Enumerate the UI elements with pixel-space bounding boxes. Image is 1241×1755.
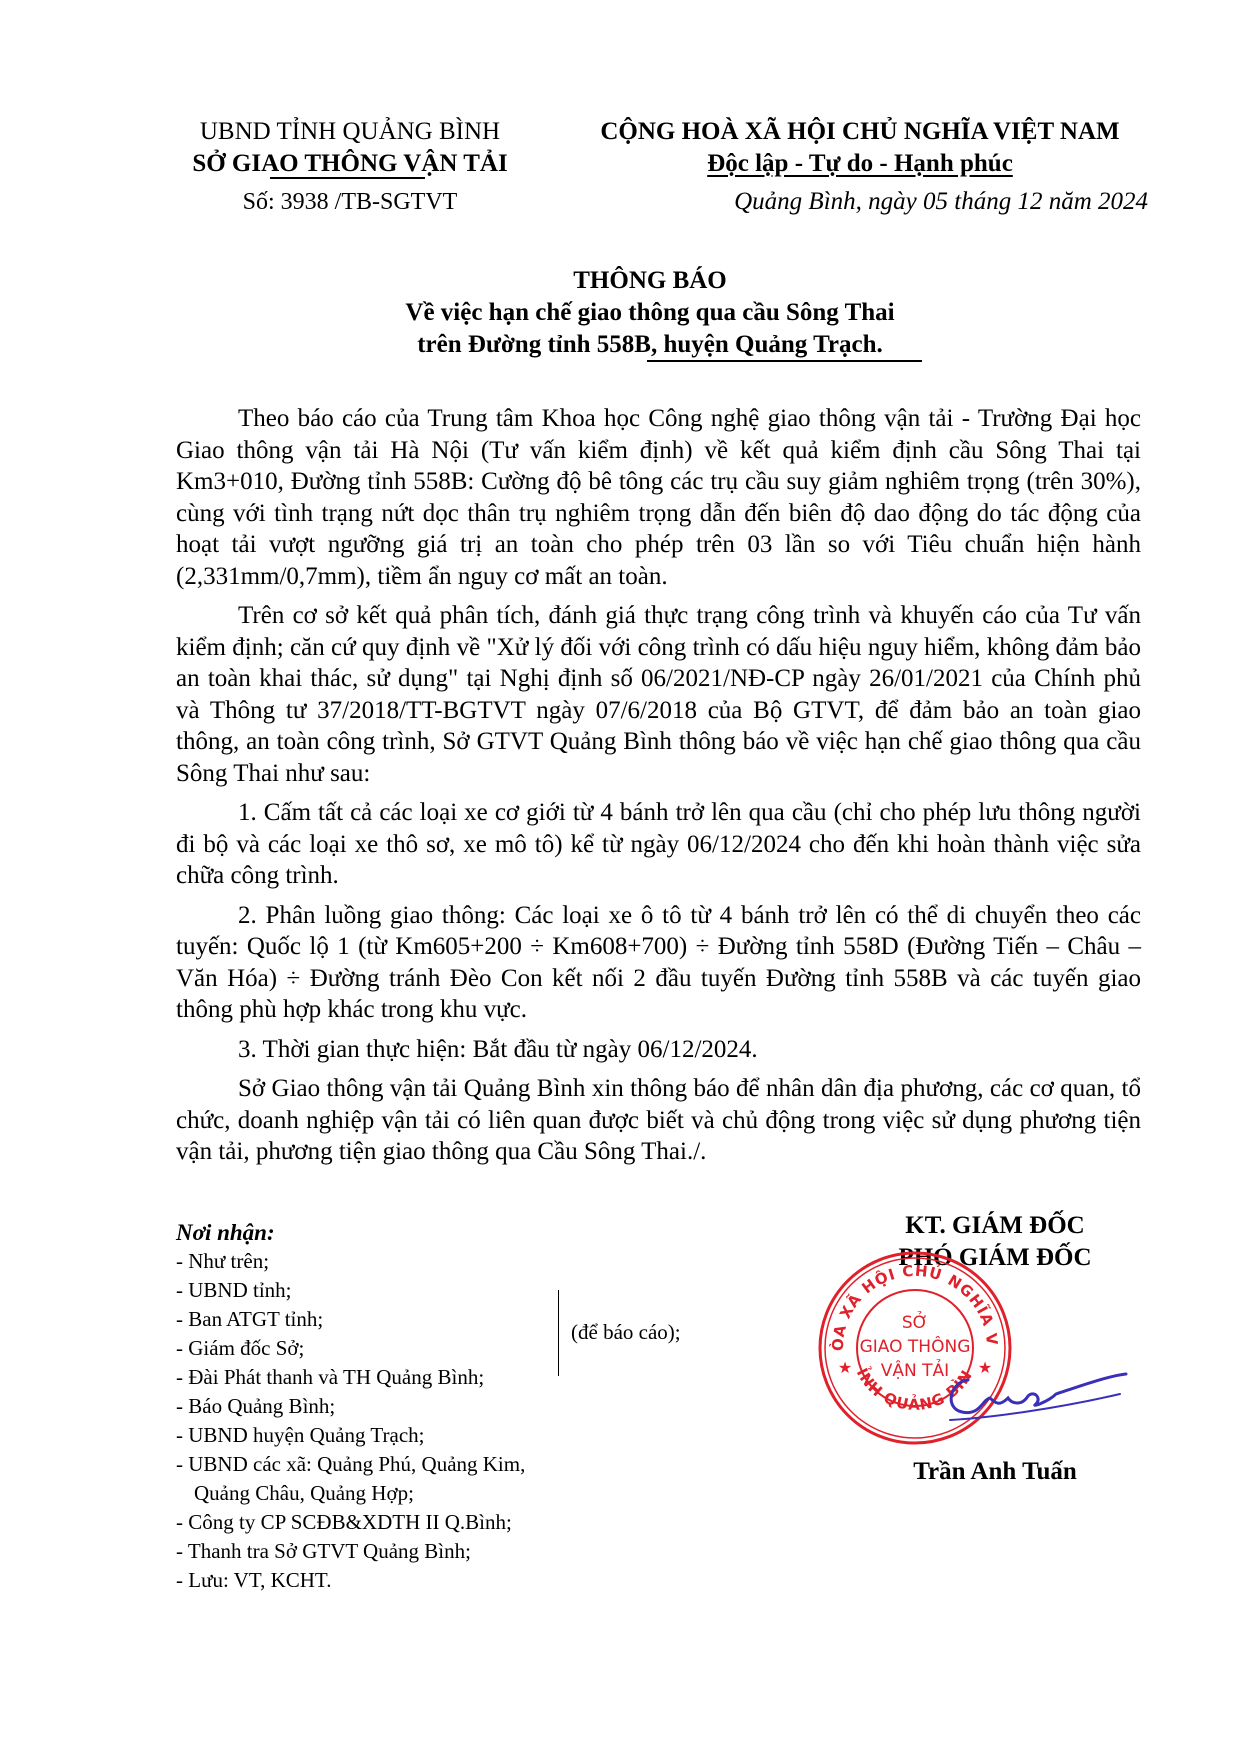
- recipient-item: - Báo Quảng Bình;: [176, 1392, 646, 1421]
- document-type: THÔNG BÁO: [150, 265, 1150, 297]
- grouping-bracket: [558, 1290, 559, 1376]
- nation-name: CỘNG HOÀ XÃ HỘI CHỦ NGHĨA VIỆT NAM: [570, 116, 1150, 148]
- national-header-block: CỘNG HOÀ XÃ HỘI CHỦ NGHĨA VIỆT NAM Độc l…: [570, 116, 1150, 218]
- agency-name-text: SỞ GIAO THÔNG VẬN TẢI: [192, 148, 507, 180]
- parent-agency: UBND TỈNH QUẢNG BÌNH: [150, 116, 550, 148]
- grouping-note: (để báo cáo);: [571, 1318, 681, 1347]
- recipient-item: - Như trên;: [176, 1247, 646, 1276]
- svg-text:★: ★: [838, 1360, 852, 1377]
- recipient-item: - Công ty CP SCĐB&XDTH II Q.Bình;: [176, 1508, 646, 1537]
- recipient-item: - Thanh tra Sở GTVT Quảng Bình;: [176, 1537, 646, 1566]
- national-motto: Độc lập - Tự do - Hạnh phúc: [570, 148, 1150, 180]
- recipient-item: Quảng Châu, Quảng Hợp;: [176, 1479, 646, 1508]
- subject-line-2: trên Đường tỉnh 558B, huyện Quảng Trạch.: [150, 329, 1150, 361]
- recipient-item: - Đài Phát thanh và TH Quảng Bình;: [176, 1363, 646, 1392]
- handwritten-signature-icon: [930, 1360, 1130, 1430]
- recipients-heading: Nơi nhận:: [176, 1218, 646, 1247]
- subject-underline: [647, 360, 922, 362]
- paragraph-findings: Theo báo cáo của Trung tâm Khoa học Công…: [176, 403, 1141, 592]
- document-title-block: THÔNG BÁO Về việc hạn chế giao thông qua…: [150, 265, 1150, 361]
- document-number: Số: 3938 /TB-SGTVT: [150, 186, 550, 218]
- paragraph-item-2: 2. Phân luồng giao thông: Các loại xe ô …: [176, 900, 1141, 1026]
- place-and-date: Quảng Bình, ngày 05 tháng 12 năm 2024: [570, 186, 1150, 218]
- subject-line-1: Về việc hạn chế giao thông qua cầu Sông …: [150, 297, 1150, 329]
- paragraph-item-1: 1. Cấm tất cả các loại xe cơ giới từ 4 b…: [176, 797, 1141, 892]
- paragraph-closing: Sở Giao thông vận tải Quảng Bình xin thô…: [176, 1073, 1141, 1168]
- svg-text:CỘNG HÒA XÃ HỘI CHỦ NGHĨA VIỆT: CỘNG HÒA XÃ HỘI CHỦ NGHĨA VIỆT NAM: [815, 1248, 1001, 1351]
- document-body: Theo báo cáo của Trung tâm Khoa học Công…: [176, 403, 1141, 1176]
- recipient-item: - Lưu: VT, KCHT.: [176, 1566, 646, 1595]
- svg-text:SỞ: SỞ: [902, 1310, 928, 1333]
- motto-text: Độc lập - Tự do - Hạnh phúc: [707, 150, 1013, 177]
- signer-name: Trần Anh Tuấn: [840, 1458, 1150, 1486]
- signature-title-line-1: KT. GIÁM ĐỐC: [840, 1210, 1150, 1242]
- paragraph-basis: Trên cơ sở kết quả phân tích, đánh giá t…: [176, 600, 1141, 789]
- recipient-item: - UBND tỉnh;: [176, 1276, 646, 1305]
- recipients-block: Nơi nhận: - Như trên; - UBND tỉnh; - Ban…: [176, 1218, 646, 1595]
- recipient-item: - UBND các xã: Quảng Phú, Quảng Kim,: [176, 1450, 646, 1479]
- paragraph-item-3: 3. Thời gian thực hiện: Bắt đầu từ ngày …: [176, 1034, 1141, 1066]
- issuing-agency-block: UBND TỈNH QUẢNG BÌNH SỞ GIAO THÔNG VẬN T…: [150, 116, 550, 218]
- agency-name: SỞ GIAO THÔNG VẬN TẢI: [150, 148, 550, 180]
- agency-underline: [270, 177, 425, 179]
- svg-text:GIAO THÔNG: GIAO THÔNG: [860, 1335, 971, 1357]
- recipient-item: - UBND huyện Quảng Trạch;: [176, 1421, 646, 1450]
